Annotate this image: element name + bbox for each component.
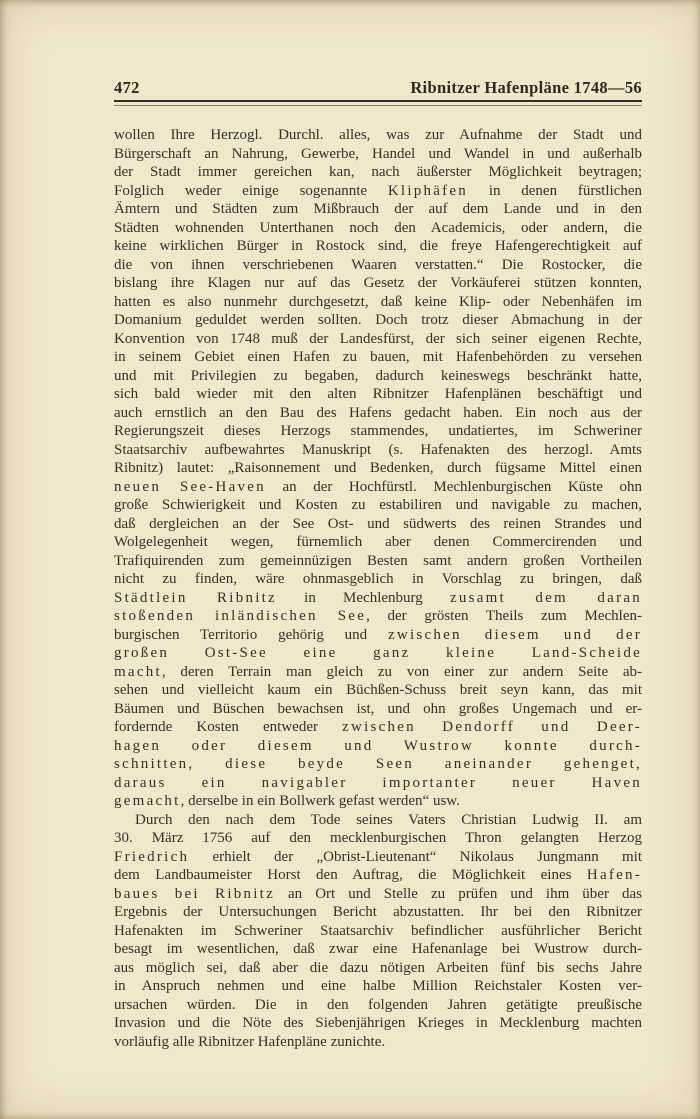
text-line: Wolgelegenheit wegen, fürnemlich aber de… [114,533,642,552]
body-text: in Mechlenburg [277,590,450,606]
text-line: keine wirklichen Bürger in Rostock sind,… [114,237,642,256]
text-line: die von ihnen verschriebenen Waaren vers… [114,256,642,275]
body-text: und mit Privilegien zu begaben, dadurch … [114,368,642,384]
body-text: Staatsarchiv aufbewahrtes Manuskript (s.… [114,442,642,458]
text-line: burgischen Territorio gehörig und zwisch… [114,626,642,645]
text-line: aus möglich sei, daß aber die dazu nötig… [114,959,642,978]
text-line: daß dergleichen an der See Ost- und südw… [114,515,642,534]
body-text: Domanium geduldet werden sollten. Doch t… [114,312,642,328]
text-line: Bäumen und Büschen bewachsen ist, und oh… [114,700,642,719]
text-line: auch ernstlich an den Bau des Hafens ged… [114,404,642,423]
letterspaced-text: daraus ein navigabler importanter neuer … [114,775,642,791]
body-text: ursachen würden. Die in den folgenden Ja… [114,997,642,1013]
text-line: in seinem Gebiet einen Hafen zu bauen, m… [114,348,642,367]
body-text: , der grösten Theils zum Mechlen- [366,608,642,624]
body-text: daß dergleichen an der See Ost- und südw… [114,516,642,532]
letterspaced-text: baues bei Ribnitz [114,886,275,902]
body-text: Trafiquirenden zum gemeinnüzigen Besten … [114,553,642,569]
body-text: an der Hochfürstl. Mechlenburgischen Küs… [266,479,642,495]
text-line: Staatsarchiv aufbewahrtes Manuskript (s.… [114,441,642,460]
text-line: nicht zu finden, wäre ohnmasgeblich in V… [114,570,642,589]
body-text: fordernde Kosten entweder [114,719,342,735]
body-text: , deren Terrain man gleich zu von einer … [162,664,642,680]
body-text: an Ort und Stelle zu prüfen und ihm über… [275,886,642,902]
body-text: Hafenakten im Schweriner Staatsarchiv be… [114,923,642,939]
body-text: hatten es also nunmehr durchgesetzt, daß… [114,294,642,310]
text-line: Ribnitz) lautet: „Raisonnement und Beden… [114,459,642,478]
text-line: ursachen würden. Die in den folgenden Ja… [114,996,642,1015]
text-line: Städtlein Ribnitz in Mechlenburg zusamt … [114,589,642,608]
text-line: und mit Privilegien zu begaben, dadurch … [114,367,642,386]
text-line: der Stadt immer gereichen kan, nach äuße… [114,163,642,182]
body-text: Konvention von 1748 muß der Landesfürst,… [114,331,642,347]
text-line: 30. März 1756 auf den mecklenburgischen … [114,829,642,848]
header-rule [114,100,642,106]
body-text: Bürgerschaft an Nahrung, Gewerbe, Handel… [114,146,642,162]
body-text: sehen und vielleicht kaum ein Büchßen-Sc… [114,682,642,698]
body-text: auch ernstlich an den Bau des Hafens ged… [114,405,642,421]
body-text: vorläufig alle Ribnitzer Hafenpläne zuni… [114,1034,385,1050]
text-line: Regierungszeit dieses Herzogs stammendes… [114,422,642,441]
letterspaced-text: gemacht [114,793,181,809]
text-line: Bürgerschaft an Nahrung, Gewerbe, Handel… [114,145,642,164]
text-line: Friedrich erhielt der „Obrist-Lieutenant… [114,848,642,867]
letterspaced-text: hagen oder diesem und Wustrow konnte dur… [114,738,642,754]
text-line: baues bei Ribnitz an Ort und Stelle zu p… [114,885,642,904]
body-text: nicht zu finden, wäre ohnmasgeblich in V… [114,571,642,587]
letterspaced-text: Hafen- [587,867,642,883]
text-line: Hafenakten im Schweriner Staatsarchiv be… [114,922,642,941]
text-line: große Schwierigkeit und Kosten zu estabi… [114,496,642,515]
letterspaced-text: zusamt dem daran [450,590,642,606]
text-line: Invasion und die Nöte des Siebenjährigen… [114,1014,642,1033]
body-text: Bäumen und Büschen bewachsen ist, und oh… [114,701,642,717]
text-line: besagt im wesentlichen, daß zwar eine Ha… [114,940,642,959]
text-line: macht, deren Terrain man gleich zu von e… [114,663,642,682]
scanned-book-page: 472 Ribnitzer Hafenpläne 1748—56 wollen … [0,0,700,1119]
body-text: in denen fürstlichen [468,183,642,199]
text-line: Trafiquirenden zum gemeinnüzigen Besten … [114,552,642,571]
body-text: Durch den nach dem Tode seines Vaters Ch… [135,812,642,828]
body-text: Invasion und die Nöte des Siebenjährigen… [114,1015,642,1031]
body-text: Wolgelegenheit wegen, fürnemlich aber de… [114,534,642,550]
text-line: fordernde Kosten entweder zwischen Dendo… [114,718,642,737]
letterspaced-text: Friedrich [114,849,189,865]
body-text: in seinem Gebiet einen Hafen zu bauen, m… [114,349,642,365]
text-line: bislang ihre Klagen nur auf das Gesetz d… [114,274,642,293]
body-text: große Schwierigkeit und Kosten zu estabi… [114,497,642,513]
text-line: Durch den nach dem Tode seines Vaters Ch… [114,811,642,830]
text-line: daraus ein navigabler importanter neuer … [114,774,642,793]
text-line: sich bald wieder mit den alten Ribnitzer… [114,385,642,404]
text-line: stoßenden inländischen See, der grösten … [114,607,642,626]
running-title: Ribnitzer Hafenpläne 1748—56 [410,78,642,98]
text-line: Städten wohnenden Unterthanen noch den A… [114,219,642,238]
text-line: wollen Ihre Herzogl. Durchl. alles, was … [114,126,642,145]
text-line: sehen und vielleicht kaum ein Büchßen-Sc… [114,681,642,700]
body-text: Ämtern und Städten zum Mißbrauch der auf… [114,201,642,217]
text-line: Folglich weder einige sogenannte Kliphäf… [114,182,642,201]
body-text: Folglich weder einige sogenannte [114,183,388,199]
body-text: aus möglich sei, daß aber die dazu nötig… [114,960,642,976]
body-text: in Anspruch nehmen und eine halbe Millio… [114,978,642,994]
body-text: erhielt der „Obrist-Lieutenant“ Nikolaus… [189,849,642,865]
text-line: in Anspruch nehmen und eine halbe Millio… [114,977,642,996]
letterspaced-text: schnitten, diese beyde Seen aneinander g… [114,756,642,772]
body-text: besagt im wesentlichen, daß zwar eine Ha… [114,941,642,957]
letterspaced-text: großen Ost-See eine ganz kleine Land-Sch… [114,645,642,661]
body-text: keine wirklichen Bürger in Rostock sind,… [114,238,642,254]
body-text: 30. März 1756 auf den mecklenburgischen … [114,830,642,846]
letterspaced-text: zwischen Dendorff und Deer- [342,719,642,735]
body-text: Regierungszeit dieses Herzogs stammendes… [114,423,642,439]
page-number: 472 [114,78,140,98]
text-line: vorläufig alle Ribnitzer Hafenpläne zuni… [114,1033,642,1052]
letterspaced-text: Städtlein Ribnitz [114,590,277,606]
text-line: schnitten, diese beyde Seen aneinander g… [114,755,642,774]
body-text: dem Landbaumeister Horst den Auftrag, di… [114,867,587,883]
body-text: bislang ihre Klagen nur auf das Gesetz d… [114,275,642,291]
text-block: wollen Ihre Herzogl. Durchl. alles, was … [114,126,642,1051]
letterspaced-text: neuen See-Haven [114,479,266,495]
text-line: gemacht, derselbe in ein Bollwerk gefast… [114,792,642,811]
body-text: Ergebnis der Untersuchungen Bericht abzu… [114,904,642,920]
body-text: die von ihnen verschriebenen Waaren vers… [114,257,642,273]
body-text: burgischen Territorio gehörig und [114,627,388,643]
body-text: Ribnitz) lautet: „Raisonnement und Beden… [114,460,642,476]
letterspaced-text: zwischen diesem und der [388,627,642,643]
text-line: großen Ost-See eine ganz kleine Land-Sch… [114,644,642,663]
text-line: Konvention von 1748 muß der Landesfürst,… [114,330,642,349]
text-line: neuen See-Haven an der Hochfürstl. Mechl… [114,478,642,497]
body-text: der Stadt immer gereichen kan, nach äuße… [114,164,642,180]
text-line: Domanium geduldet werden sollten. Doch t… [114,311,642,330]
text-line: hatten es also nunmehr durchgesetzt, daß… [114,293,642,312]
letterspaced-text: macht [114,664,162,680]
letterspaced-text: Kliphäfen [388,183,468,199]
page-header: 472 Ribnitzer Hafenpläne 1748—56 [114,78,642,98]
text-line: dem Landbaumeister Horst den Auftrag, di… [114,866,642,885]
text-line: hagen oder diesem und Wustrow konnte dur… [114,737,642,756]
body-text: , derselbe in ein Bollwerk gefast werden… [181,793,460,809]
text-line: Ergebnis der Untersuchungen Bericht abzu… [114,903,642,922]
body-text: wollen Ihre Herzogl. Durchl. alles, was … [114,127,642,143]
body-text: Städten wohnenden Unterthanen noch den A… [114,220,642,236]
text-line: Ämtern und Städten zum Mißbrauch der auf… [114,200,642,219]
body-text: sich bald wieder mit den alten Ribnitzer… [114,386,642,402]
letterspaced-text: stoßenden inländischen See [114,608,366,624]
